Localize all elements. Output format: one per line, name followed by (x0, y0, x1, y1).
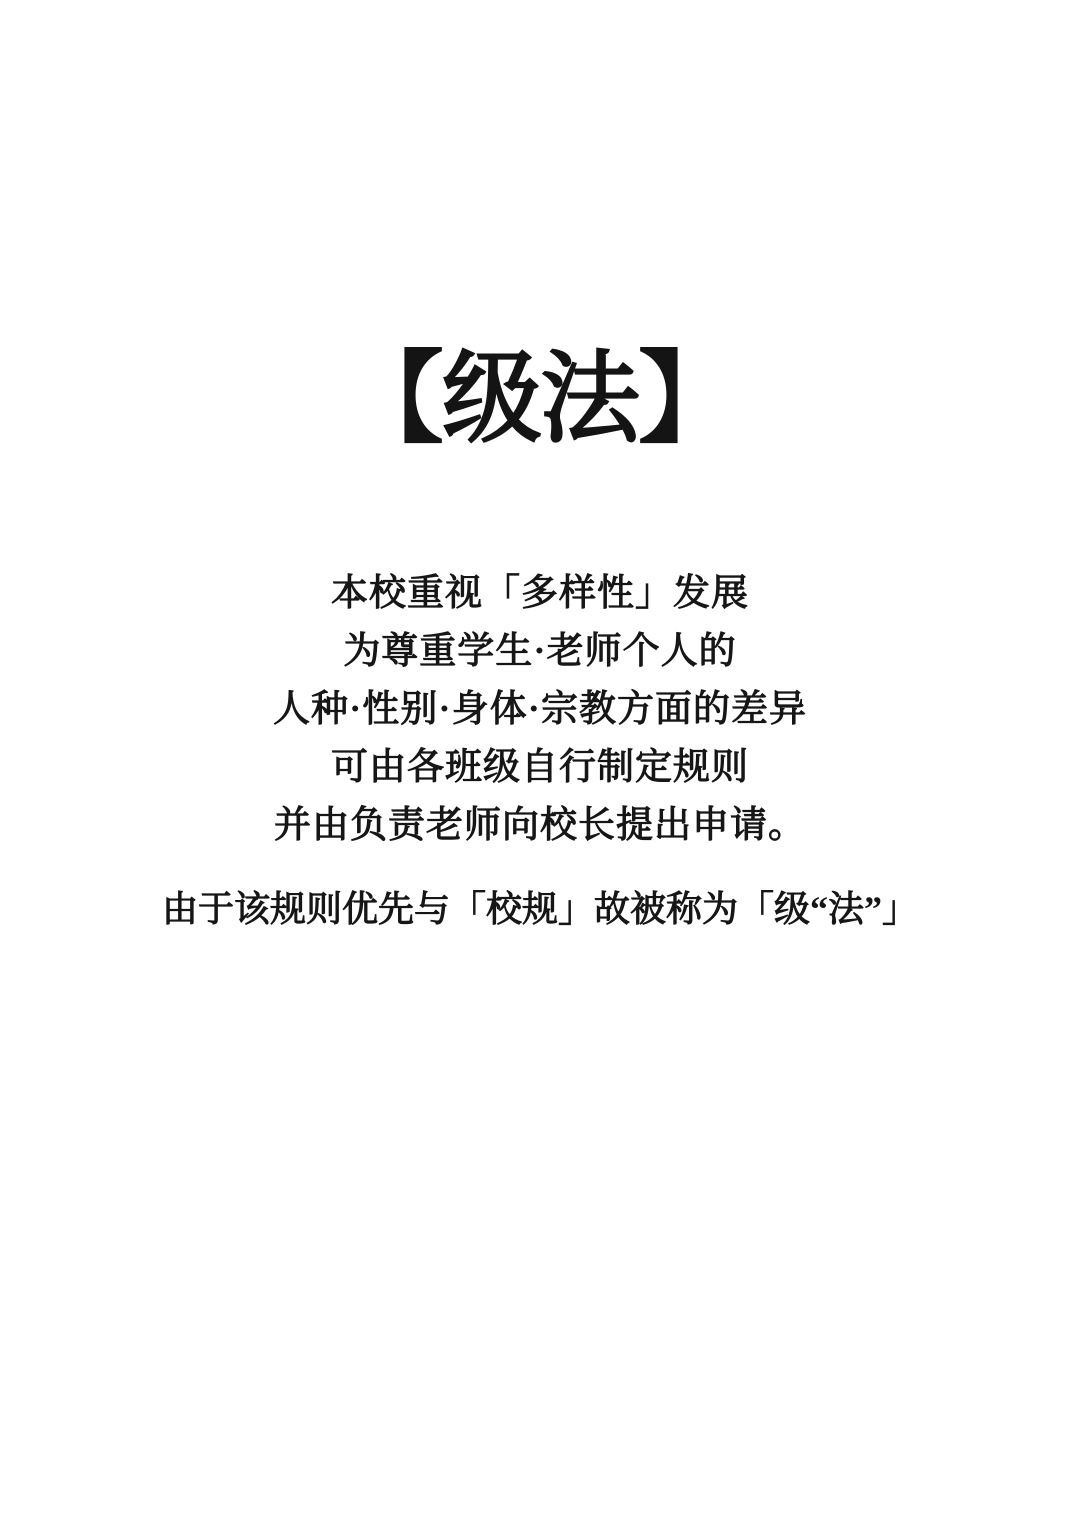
title-card-page: 【级法】 本校重视「多样性」发展 为尊重学生·老师个人的 人种·性别·身体·宗教… (0, 0, 1080, 1525)
body-line-2: 为尊重学生·老师个人的 (162, 623, 918, 681)
footer-line: 由于该规则优先与「校规」故被称为「级“法”」 (162, 880, 918, 938)
page-title: 【级法】 (344, 335, 736, 465)
body-text-block: 本校重视「多样性」发展 为尊重学生·老师个人的 人种·性别·身体·宗教方面的差异… (162, 565, 918, 938)
body-line-5: 并由负责老师向校长提出申请。 (162, 797, 918, 855)
body-line-4: 可由各班级自行制定规则 (162, 739, 918, 797)
body-line-1: 本校重视「多样性」发展 (162, 565, 918, 623)
body-line-3: 人种·性别·身体·宗教方面的差异 (162, 681, 918, 739)
